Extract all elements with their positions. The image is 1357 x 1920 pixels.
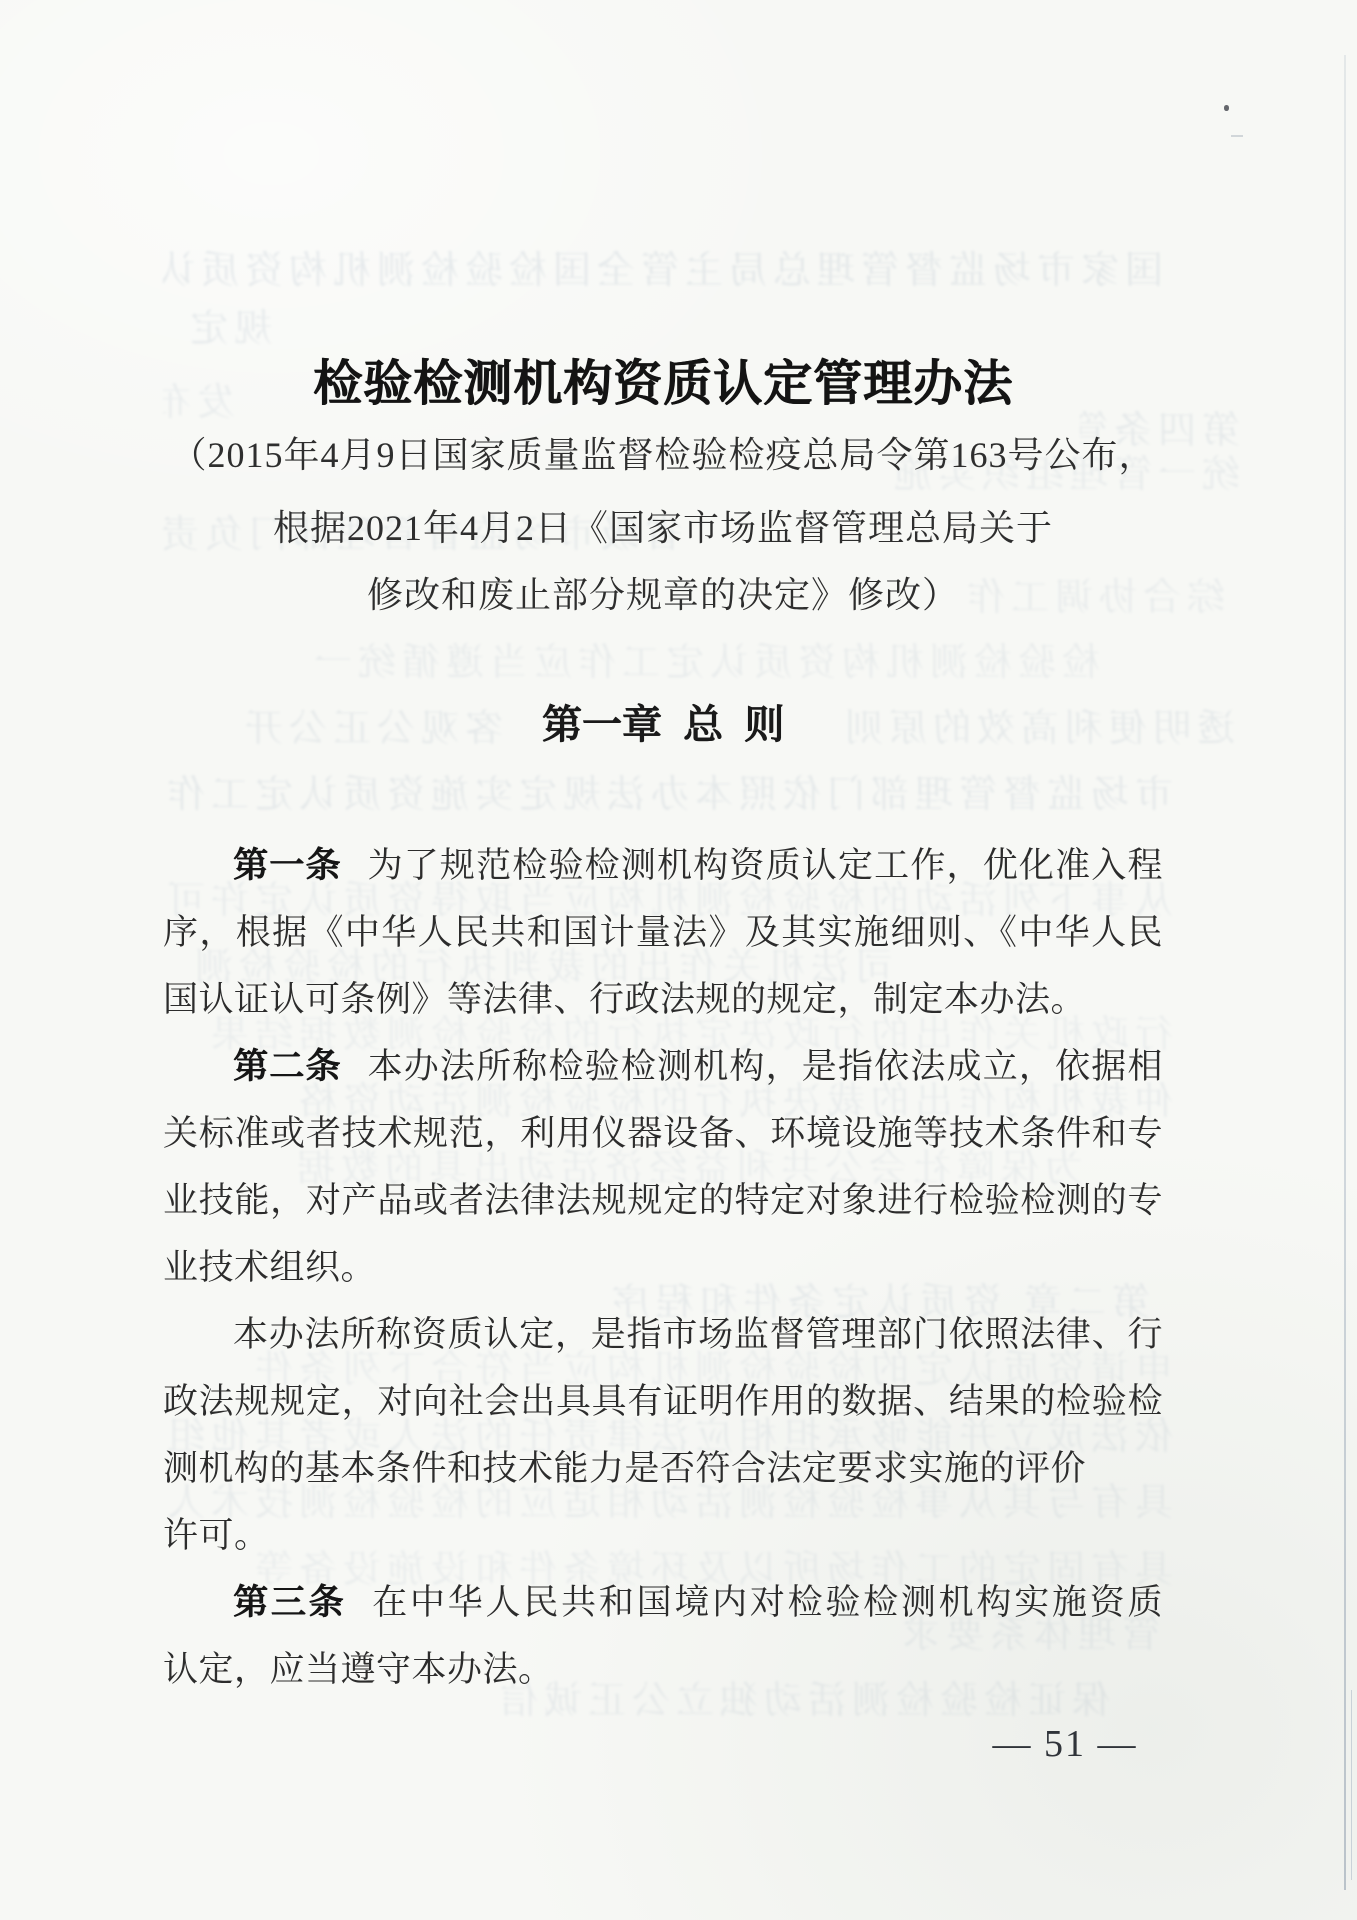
body-line: 第二条本办法所称检验检测机构，是指依法成立，依据相 [163,1033,1163,1100]
body-line: 第三条在中华人民共和国境内对检验检测机构实施资质 [163,1569,1163,1636]
page-number: — 51 — [965,1722,1165,1766]
bleedthrough-text: 国家市场监督管理总局主管全国检验检测机构资质认定工作 [163,248,1163,294]
body-line: 许可。 [163,1502,1163,1569]
body-line: 认定，应当遵守本办法。 [163,1636,1163,1703]
body-line: 政法规规定，对向社会出具具有证明作用的数据、结果的检验检 [163,1368,1163,1435]
bleedthrough-text: 规定 [180,306,272,352]
chapter-heading: 第一章 总 则 [163,702,1163,748]
body-line: 序，根据《中华人民共和国计量法》及其实施细则、《中华人民共和 [163,899,1163,966]
article-label: 第二条 [233,1047,342,1086]
promulgation-line-3: 修改和废止部分规章的决定》修改） [163,573,1163,617]
scanned-page: 国家市场监督管理总局主管全国检验检测机构资质认定工作规定发布第四条管理统一管理组… [0,0,1357,1920]
bleedthrough-text: 检验检测机构资质认定工作应当遵循统一 [210,640,1100,686]
document-title: 检验检测机构资质认定管理办法 [163,354,1163,414]
body-line: 测机构的基本条件和技术能力是否符合法定要求实施的评价 [163,1435,1163,1502]
promulgation-line-2: 根据2021年4月2日《国家市场监督管理总局关于 [163,506,1163,550]
body-line: 业技能，对产品或者法律法规规定的特定对象进行检验检测的专 [163,1167,1163,1234]
bleedthrough-text: 市场监督管理部门依照本办法规定实施资质认定工作 [163,772,1173,818]
scan-edge-line [1344,55,1346,1890]
body-line: 国认证认可条例》等法律、行政法规的规定，制定本办法。 [163,966,1163,1033]
promulgation-line-1: （2015年4月9日国家质量监督检验检疫总局令第163号公布， [163,433,1163,477]
body-text: 第一条为了规范检验检测机构资质认定工作，优化准入程序，根据《中华人民共和国计量法… [163,832,1163,1703]
body-line: 关标准或者技术规范，利用仪器设备、环境设施等技术条件和专 [163,1100,1163,1167]
article-label: 第一条 [233,846,342,885]
body-line: 业技术组织。 [163,1234,1163,1301]
ink-speck [1224,105,1229,111]
ink-smudge [1231,135,1243,137]
scan-edge-line-lower [1351,1690,1352,1880]
body-line: 本办法所称资质认定，是指市场监督管理部门依照法律、行 [163,1301,1163,1368]
article-label: 第三条 [233,1583,346,1622]
body-line: 第一条为了规范检验检测机构资质认定工作，优化准入程 [163,832,1163,899]
